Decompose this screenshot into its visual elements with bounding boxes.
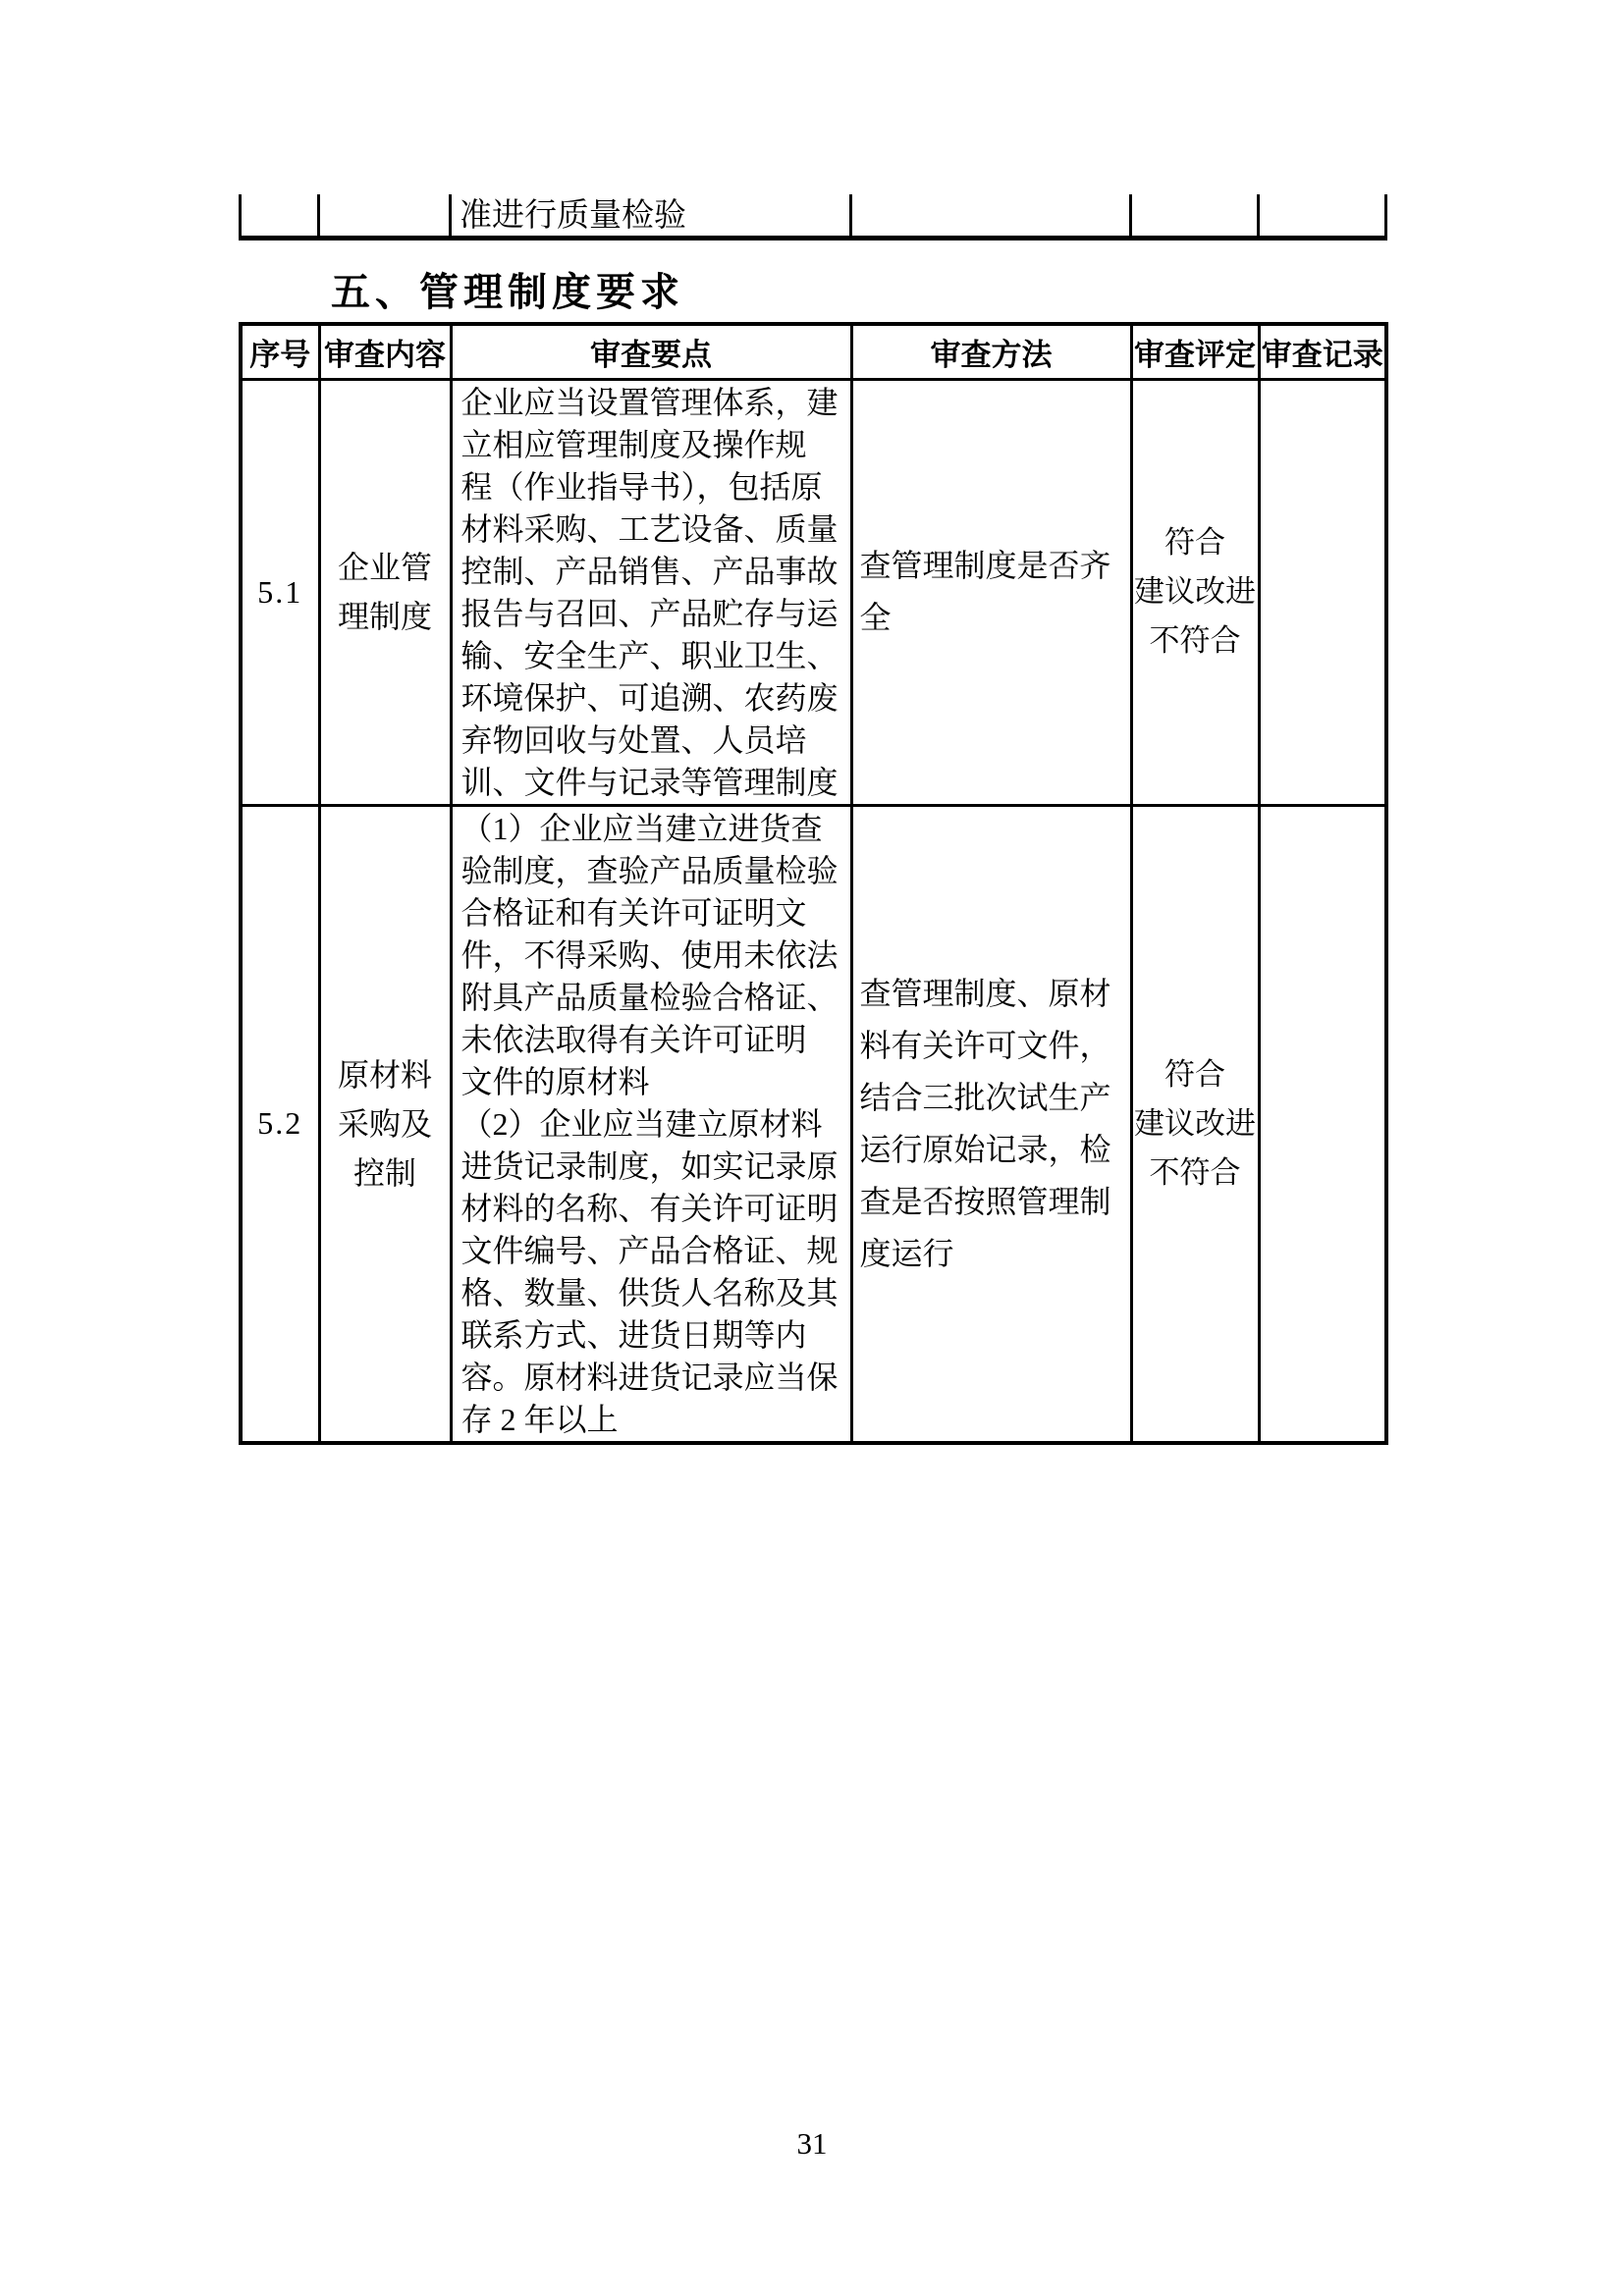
row-points: （1）企业应当建立进货查 验制度，查验产品质量检验 合格证和有关许可证明文 件，… xyxy=(451,805,851,1443)
fragment-cell-content xyxy=(319,194,451,239)
review-table: 序号 审查内容 审查要点 审查方法 审查评定 审查记录 5.1 企业管 理制度 … xyxy=(239,322,1388,1445)
fragment-cell-method xyxy=(851,194,1131,239)
row-id: 5.1 xyxy=(241,379,319,805)
table-row-5-2: 5.2 原材料 采购及 控制 （1）企业应当建立进货查 验制度，查验产品质量检验… xyxy=(241,805,1386,1443)
row-content: 企业管 理制度 xyxy=(319,379,451,805)
header-cell-method: 审查方法 xyxy=(851,324,1131,379)
row-evaluation: 符合 建议改进 不符合 xyxy=(1131,379,1259,805)
row-method: 查管理制度、原材 料有关许可文件， 结合三批次试生产 运行原始记录，检 查是否按… xyxy=(851,805,1131,1443)
row-content: 原材料 采购及 控制 xyxy=(319,805,451,1443)
table-row-5-1: 5.1 企业管 理制度 企业应当设置管理体系，建 立相应管理制度及操作规 程（作… xyxy=(241,379,1386,805)
header-cell-id: 序号 xyxy=(241,324,319,379)
header-cell-content: 审查内容 xyxy=(319,324,451,379)
header-cell-eval: 审查评定 xyxy=(1131,324,1259,379)
row-id: 5.2 xyxy=(241,805,319,1443)
header-cell-record: 审查记录 xyxy=(1259,324,1386,379)
row-record xyxy=(1259,805,1386,1443)
document-page: 准进行质量检验 五、管理制度要求 序号 审查内容 审查要点 审查方法 审查评定 … xyxy=(0,0,1624,2296)
row-points: 企业应当设置管理体系，建 立相应管理制度及操作规 程（作业指导书），包括原 材料… xyxy=(451,379,851,805)
fragment-cell-id xyxy=(241,194,319,239)
fragment-cell-record xyxy=(1259,194,1386,239)
section-title: 五、管理制度要求 xyxy=(331,269,684,316)
page-number: 31 xyxy=(0,2126,1624,2162)
header-cell-points: 审查要点 xyxy=(451,324,851,379)
previous-table-fragment: 准进行质量检验 xyxy=(239,194,1387,240)
row-evaluation: 符合 建议改进 不符合 xyxy=(1131,805,1259,1443)
table-header-row: 序号 审查内容 审查要点 审查方法 审查评定 审查记录 xyxy=(241,324,1386,379)
table-row: 准进行质量检验 xyxy=(241,194,1386,239)
fragment-cell-points: 准进行质量检验 xyxy=(451,194,851,239)
row-record xyxy=(1259,379,1386,805)
row-method: 查管理制度是否齐 全 xyxy=(851,379,1131,805)
fragment-cell-eval xyxy=(1131,194,1259,239)
